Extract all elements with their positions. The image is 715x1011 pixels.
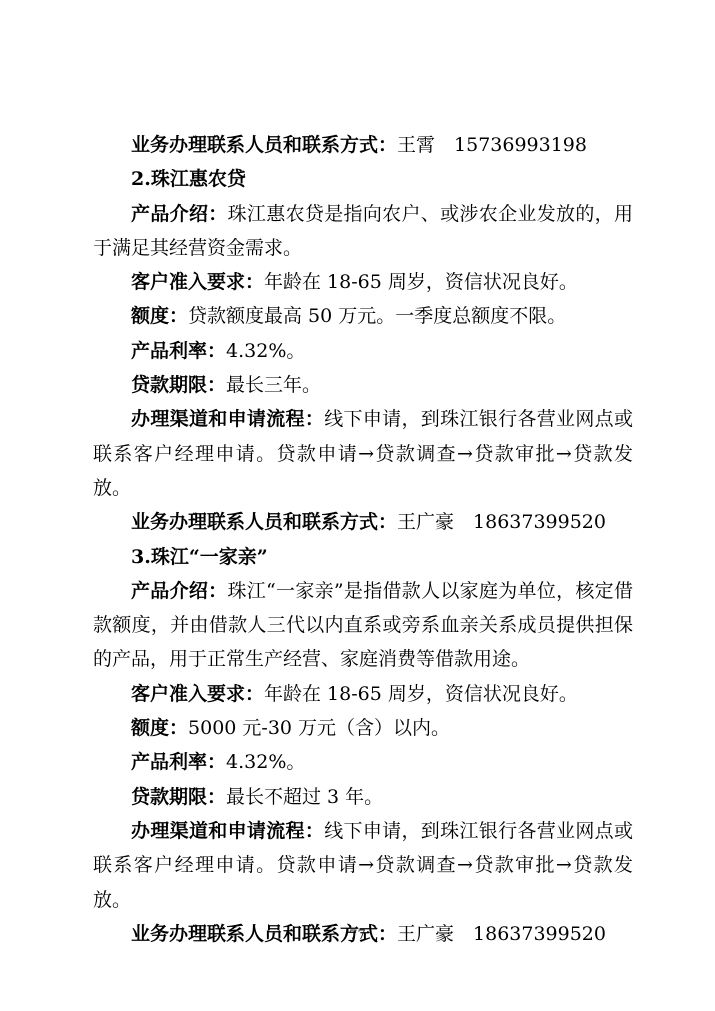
- quota-product3: 额度：5000 元-30 万元（含）以内。: [93, 711, 633, 745]
- interest-rate-product2: 产品利率：4.32%。: [93, 334, 633, 368]
- document-page: 业务办理联系人员和联系方式：王霄 157369931982.珠江惠农贷产品介绍：…: [0, 0, 715, 1011]
- field-label: 客户准入要求：: [131, 683, 264, 705]
- customer-requirements-product2: 客户准入要求：年龄在 18-65 周岁，资信状况良好。: [93, 265, 633, 299]
- field-label: 办理渠道和申请流程：: [131, 820, 324, 842]
- field-value: 4.32%。: [226, 340, 305, 362]
- product-intro-product3: 产品介绍：珠江“一家亲”是指借款人以家庭为单位，核定借款额度，并由借款人三代以内…: [93, 574, 633, 677]
- field-label: 业务办理联系人员和联系方式：: [131, 511, 397, 533]
- field-value: 年龄在 18-65 周岁，资信状况良好。: [264, 683, 578, 705]
- field-label: 产品利率：: [131, 340, 226, 362]
- field-label: 产品利率：: [131, 751, 226, 773]
- field-label: 额度：: [131, 305, 188, 327]
- field-value: 王广豪 18637399520: [397, 511, 606, 533]
- quota-product2: 额度：贷款额度最高 50 万元。一季度总额度不限。: [93, 299, 633, 333]
- field-label: 业务办理联系人员和联系方式：: [131, 134, 397, 156]
- field-value: 最长不超过 3 年。: [226, 786, 383, 808]
- interest-rate-product3: 产品利率：4.32%。: [93, 745, 633, 779]
- field-label: 办理渠道和申请流程：: [131, 408, 324, 430]
- field-value: 最长三年。: [226, 374, 321, 396]
- contact-line-product1: 业务办理联系人员和联系方式：王霄 15736993198: [93, 128, 633, 162]
- loan-term-product2: 贷款期限：最长三年。: [93, 368, 633, 402]
- product-intro-product2: 产品介绍：珠江惠农贷是指向农户、或涉农企业发放的，用于满足其经营资金需求。: [93, 197, 633, 266]
- field-label: 额度：: [131, 717, 188, 739]
- document-content: 业务办理联系人员和联系方式：王霄 157369931982.珠江惠农贷产品介绍：…: [93, 128, 633, 951]
- field-value: 5000 元-30 万元（含）以内。: [188, 717, 450, 739]
- section-heading-text: 3.珠江“一家亲”: [131, 546, 268, 568]
- loan-term-product3: 贷款期限：最长不超过 3 年。: [93, 780, 633, 814]
- contact-line-product2: 业务办理联系人员和联系方式：王广豪 18637399520: [93, 505, 633, 539]
- field-label: 产品介绍：: [131, 203, 228, 225]
- section-heading-product3: 3.珠江“一家亲”: [93, 540, 633, 574]
- field-label: 产品介绍：: [131, 580, 227, 602]
- application-process-product3: 办理渠道和申请流程：线下申请，到珠江银行各营业网点或联系客户经理申请。贷款申请→…: [93, 814, 633, 917]
- field-value: 贷款额度最高 50 万元。一季度总额度不限。: [188, 305, 566, 327]
- field-label: 客户准入要求：: [131, 271, 264, 293]
- field-label: 贷款期限：: [131, 786, 226, 808]
- section-heading-text: 2.珠江惠农贷: [131, 168, 246, 190]
- page-number: 77: [0, 928, 715, 943]
- field-value: 4.32%。: [226, 751, 305, 773]
- field-value: 年龄在 18-65 周岁，资信状况良好。: [264, 271, 578, 293]
- field-value: 王霄 15736993198: [397, 134, 587, 156]
- section-heading-product2: 2.珠江惠农贷: [93, 162, 633, 196]
- field-label: 贷款期限：: [131, 374, 226, 396]
- customer-requirements-product3: 客户准入要求：年龄在 18-65 周岁，资信状况良好。: [93, 677, 633, 711]
- application-process-product2: 办理渠道和申请流程：线下申请，到珠江银行各营业网点或联系客户经理申请。贷款申请→…: [93, 402, 633, 505]
